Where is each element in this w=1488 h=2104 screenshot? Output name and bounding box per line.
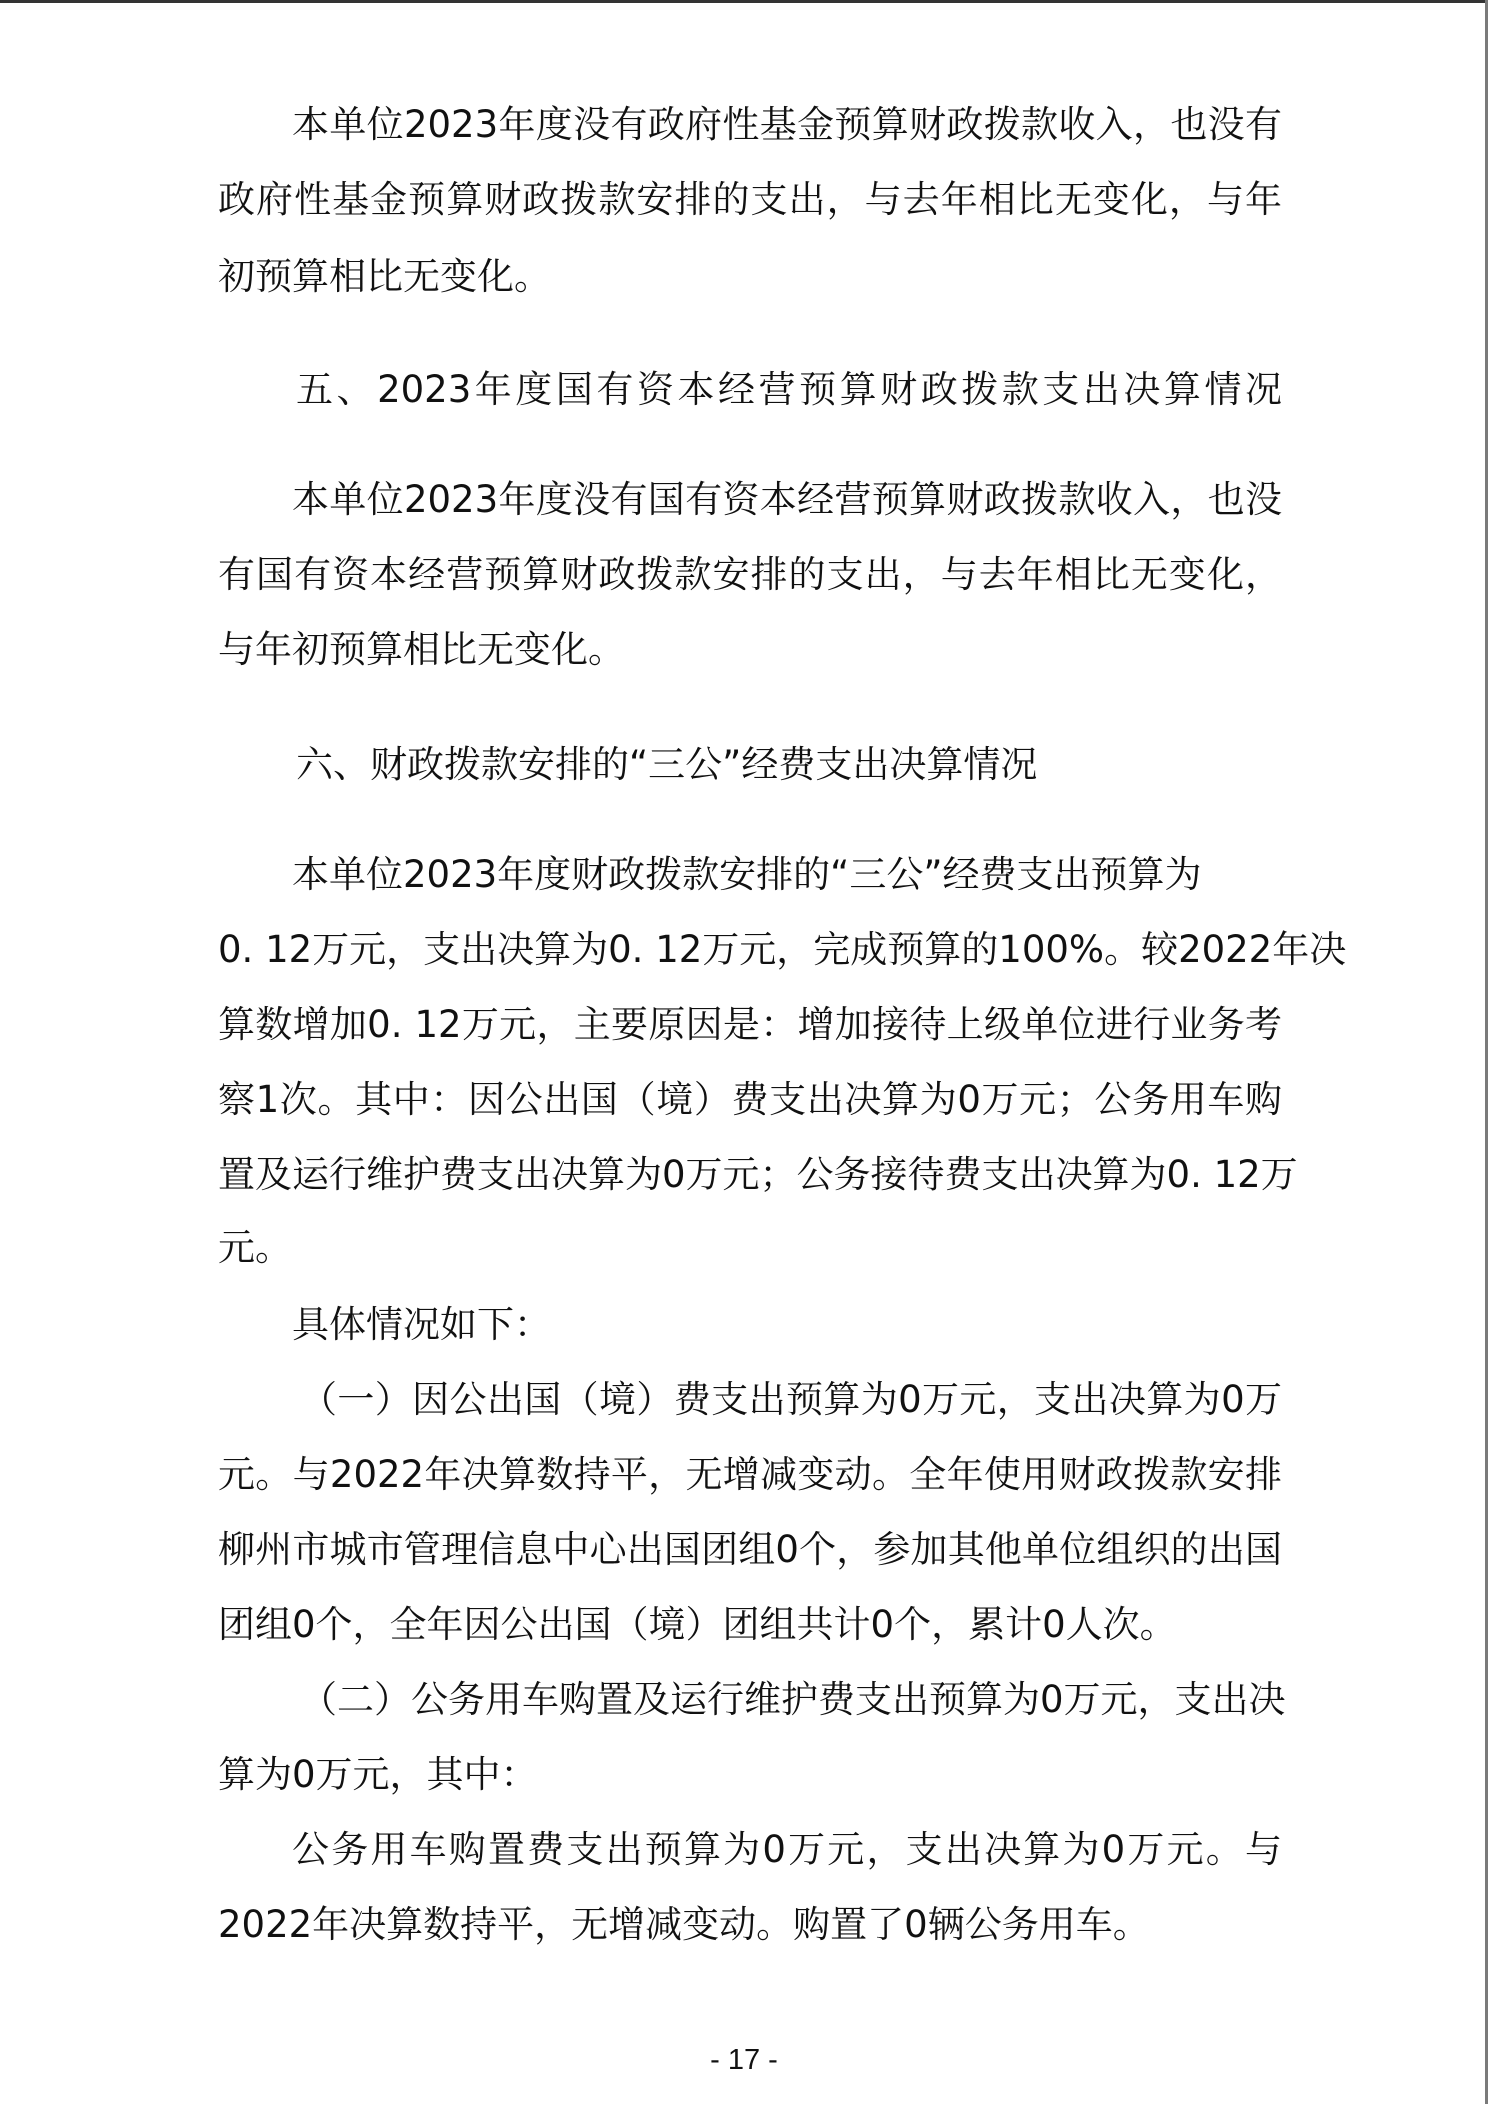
paragraph-line: 本单位2023年度没有政府性基金预算财政拨款收入，也没有 [292,95,1282,155]
paragraph-line: 柳州市城市管理信息中心出国团组0个，参加其他单位组织的出国 [218,1520,1282,1580]
paragraph-line: 元。与2022年决算数持平，无增减变动。全年使用财政拨款安排 [218,1445,1282,1505]
paragraph-line: 本单位2023年度没有国有资本经营预算财政拨款收入，也没 [292,470,1282,530]
paragraph-line: （一）因公出国（境）费支出预算为0万元，支出决算为0万 [300,1370,1282,1430]
paragraph-line: 公务用车购置费支出预算为0万元，支出决算为0万元。与 [292,1820,1282,1880]
paragraph-line: 团组0个，全年因公出国（境）团组共计0个，累计0人次。 [218,1595,1282,1655]
paragraph-line: 置及运行维护费支出决算为0万元；公务接待费支出决算为0. 12万 [218,1145,1282,1205]
paragraph-line: 具体情况如下： [292,1295,1282,1355]
paragraph-line: 有国有资本经营预算财政拨款安排的支出，与去年相比无变化， [218,545,1282,605]
section-heading-5: 五、2023年度国有资本经营预算财政拨款支出决算情况 [296,360,1282,420]
page-number: - 17 - [0,2040,1488,2080]
paragraph-line: 本单位2023年度财政拨款安排的“三公”经费支出预算为 [292,845,1282,905]
paragraph-line: 察1次。其中：因公出国（境）费支出决算为0万元；公务用车购 [218,1070,1282,1130]
paragraph-line: 初预算相比无变化。 [218,247,1282,307]
paragraph-line: 元。 [218,1218,1282,1278]
paragraph-line: 0. 12万元，支出决算为0. 12万元，完成预算的100%。较2022年决 [218,920,1282,980]
page-top-border [0,0,1488,3]
paragraph-line: 政府性基金预算财政拨款安排的支出，与去年相比无变化，与年 [218,170,1282,230]
paragraph-line: 算数增加0. 12万元，主要原因是：增加接待上级单位进行业务考 [218,995,1282,1055]
paragraph-line: 2022年决算数持平，无增减变动。购置了0辆公务用车。 [218,1895,1282,1955]
paragraph-line: 算为0万元，其中： [218,1745,1282,1805]
paragraph-line: （二）公务用车购置及运行维护费支出预算为0万元，支出决 [300,1670,1282,1730]
paragraph-line: 与年初预算相比无变化。 [218,620,1282,680]
document-page: 本单位2023年度没有政府性基金预算财政拨款收入，也没有 政府性基金预算财政拨款… [0,0,1488,2104]
section-heading-6: 六、财政拨款安排的“三公”经费支出决算情况 [296,735,1282,795]
